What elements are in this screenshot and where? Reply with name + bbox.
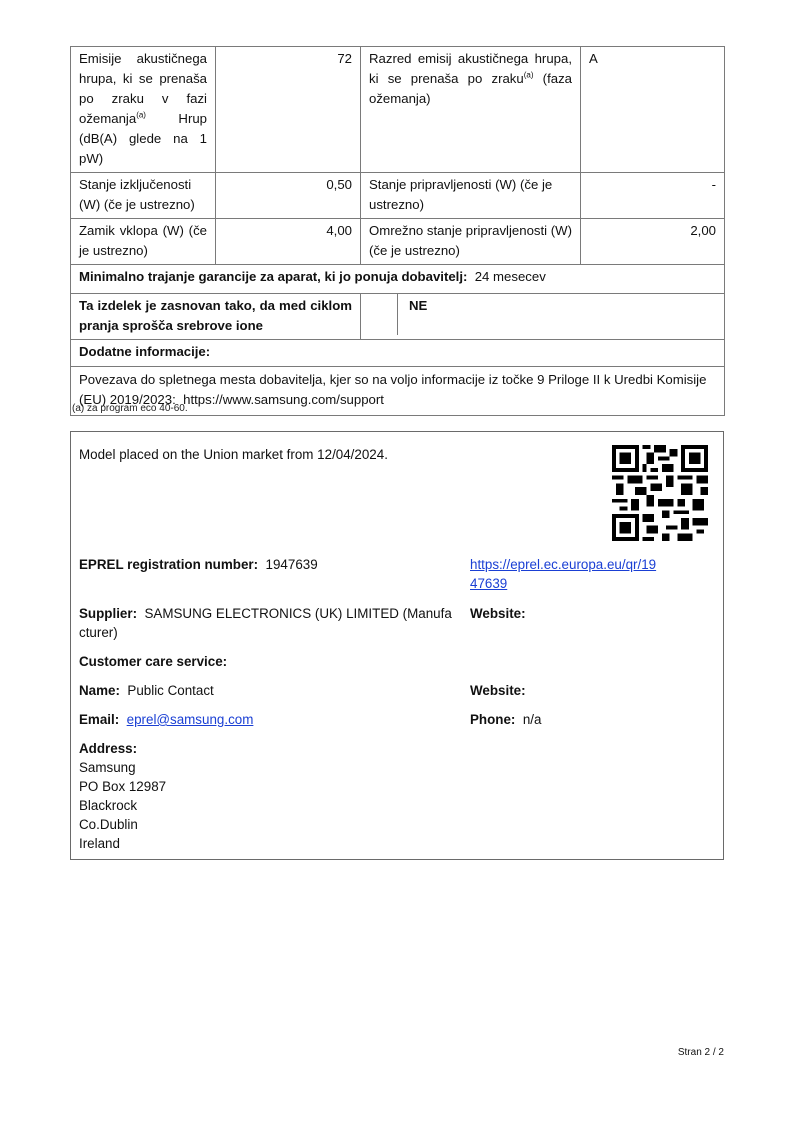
table-row: Emisije akustičnega hrupa, ki se prenaša…	[71, 47, 725, 173]
address-line: Blackrock	[79, 796, 166, 815]
additional-info-label: Dodatne informacije:	[71, 340, 725, 367]
eprel-registration: EPREL registration number: 1947639	[79, 555, 318, 574]
address-block: Address: Samsung PO Box 12987 Blackrock …	[79, 739, 166, 853]
placed-on-market: Model placed on the Union market from 12…	[79, 445, 388, 464]
contact-email: Email: eprel@samsung.com	[79, 710, 253, 729]
email-link[interactable]: eprel@samsung.com	[127, 712, 254, 727]
off-mode-label: Stanje izključenosti (W) (če je ustrezno…	[71, 173, 216, 219]
noise-class-value: A	[581, 47, 725, 173]
product-info-table: Emisije akustičnega hrupa, ki se prenaša…	[70, 46, 725, 416]
standby-label: Stanje pripravljenosti (W) (če je ustrez…	[361, 173, 581, 219]
silver-ions-value: NE	[401, 294, 435, 335]
table-row: Dodatne informacije:	[71, 340, 725, 367]
standby-value: -	[581, 173, 725, 219]
supplier-support-url[interactable]: https://www.samsung.com/support	[183, 392, 384, 407]
customer-care-heading: Customer care service:	[79, 652, 227, 671]
silver-ions-label: Ta izdelek je zasnovan tako, da med cikl…	[71, 294, 361, 340]
table-row: Zamik vklopa (W) (če je ustrezno) 4,00 O…	[71, 219, 725, 265]
address-line: Samsung	[79, 758, 166, 777]
supplier-website-label: Website:	[470, 604, 526, 623]
networked-standby-value: 2,00	[581, 219, 725, 265]
contact-website-label: Website:	[470, 681, 526, 700]
page-number: Stran 2 / 2	[678, 1047, 724, 1058]
noise-emission-label: Emisije akustičnega hrupa, ki se prenaša…	[71, 47, 216, 173]
eprel-link[interactable]: https://eprel.ec.europa.eu/qr/19 47639	[470, 555, 656, 593]
supplier: Supplier: SAMSUNG ELECTRONICS (UK) LIMIT…	[79, 604, 459, 642]
address-line: PO Box 12987	[79, 777, 166, 796]
address-line: Co.Dublin	[79, 815, 166, 834]
off-mode-value: 0,50	[216, 173, 361, 219]
networked-standby-label: Omrežno stanje pripravljenosti (W) (če j…	[361, 219, 581, 265]
noise-emission-value: 72	[216, 47, 361, 173]
table-row: Minimalno trajanje garancije za aparat, …	[71, 265, 725, 294]
table-row: Stanje izključenosti (W) (če je ustrezno…	[71, 173, 725, 219]
contact-name: Name: Public Contact	[79, 681, 214, 700]
noise-class-label: Razred emisij akustičnega hrupa, ki se p…	[361, 47, 581, 173]
qr-code-icon[interactable]	[612, 445, 708, 541]
delay-start-label: Zamik vklopa (W) (če je ustrezno)	[71, 219, 216, 265]
table-row: Ta izdelek je zasnovan tako, da med cikl…	[71, 294, 725, 340]
warranty-cell: Minimalno trajanje garancije za aparat, …	[71, 265, 725, 294]
address-line: Ireland	[79, 834, 166, 853]
footnote: (a) za program eco 40-60.	[72, 403, 188, 414]
contact-phone: Phone: n/a	[470, 710, 541, 729]
delay-start-value: 4,00	[216, 219, 361, 265]
